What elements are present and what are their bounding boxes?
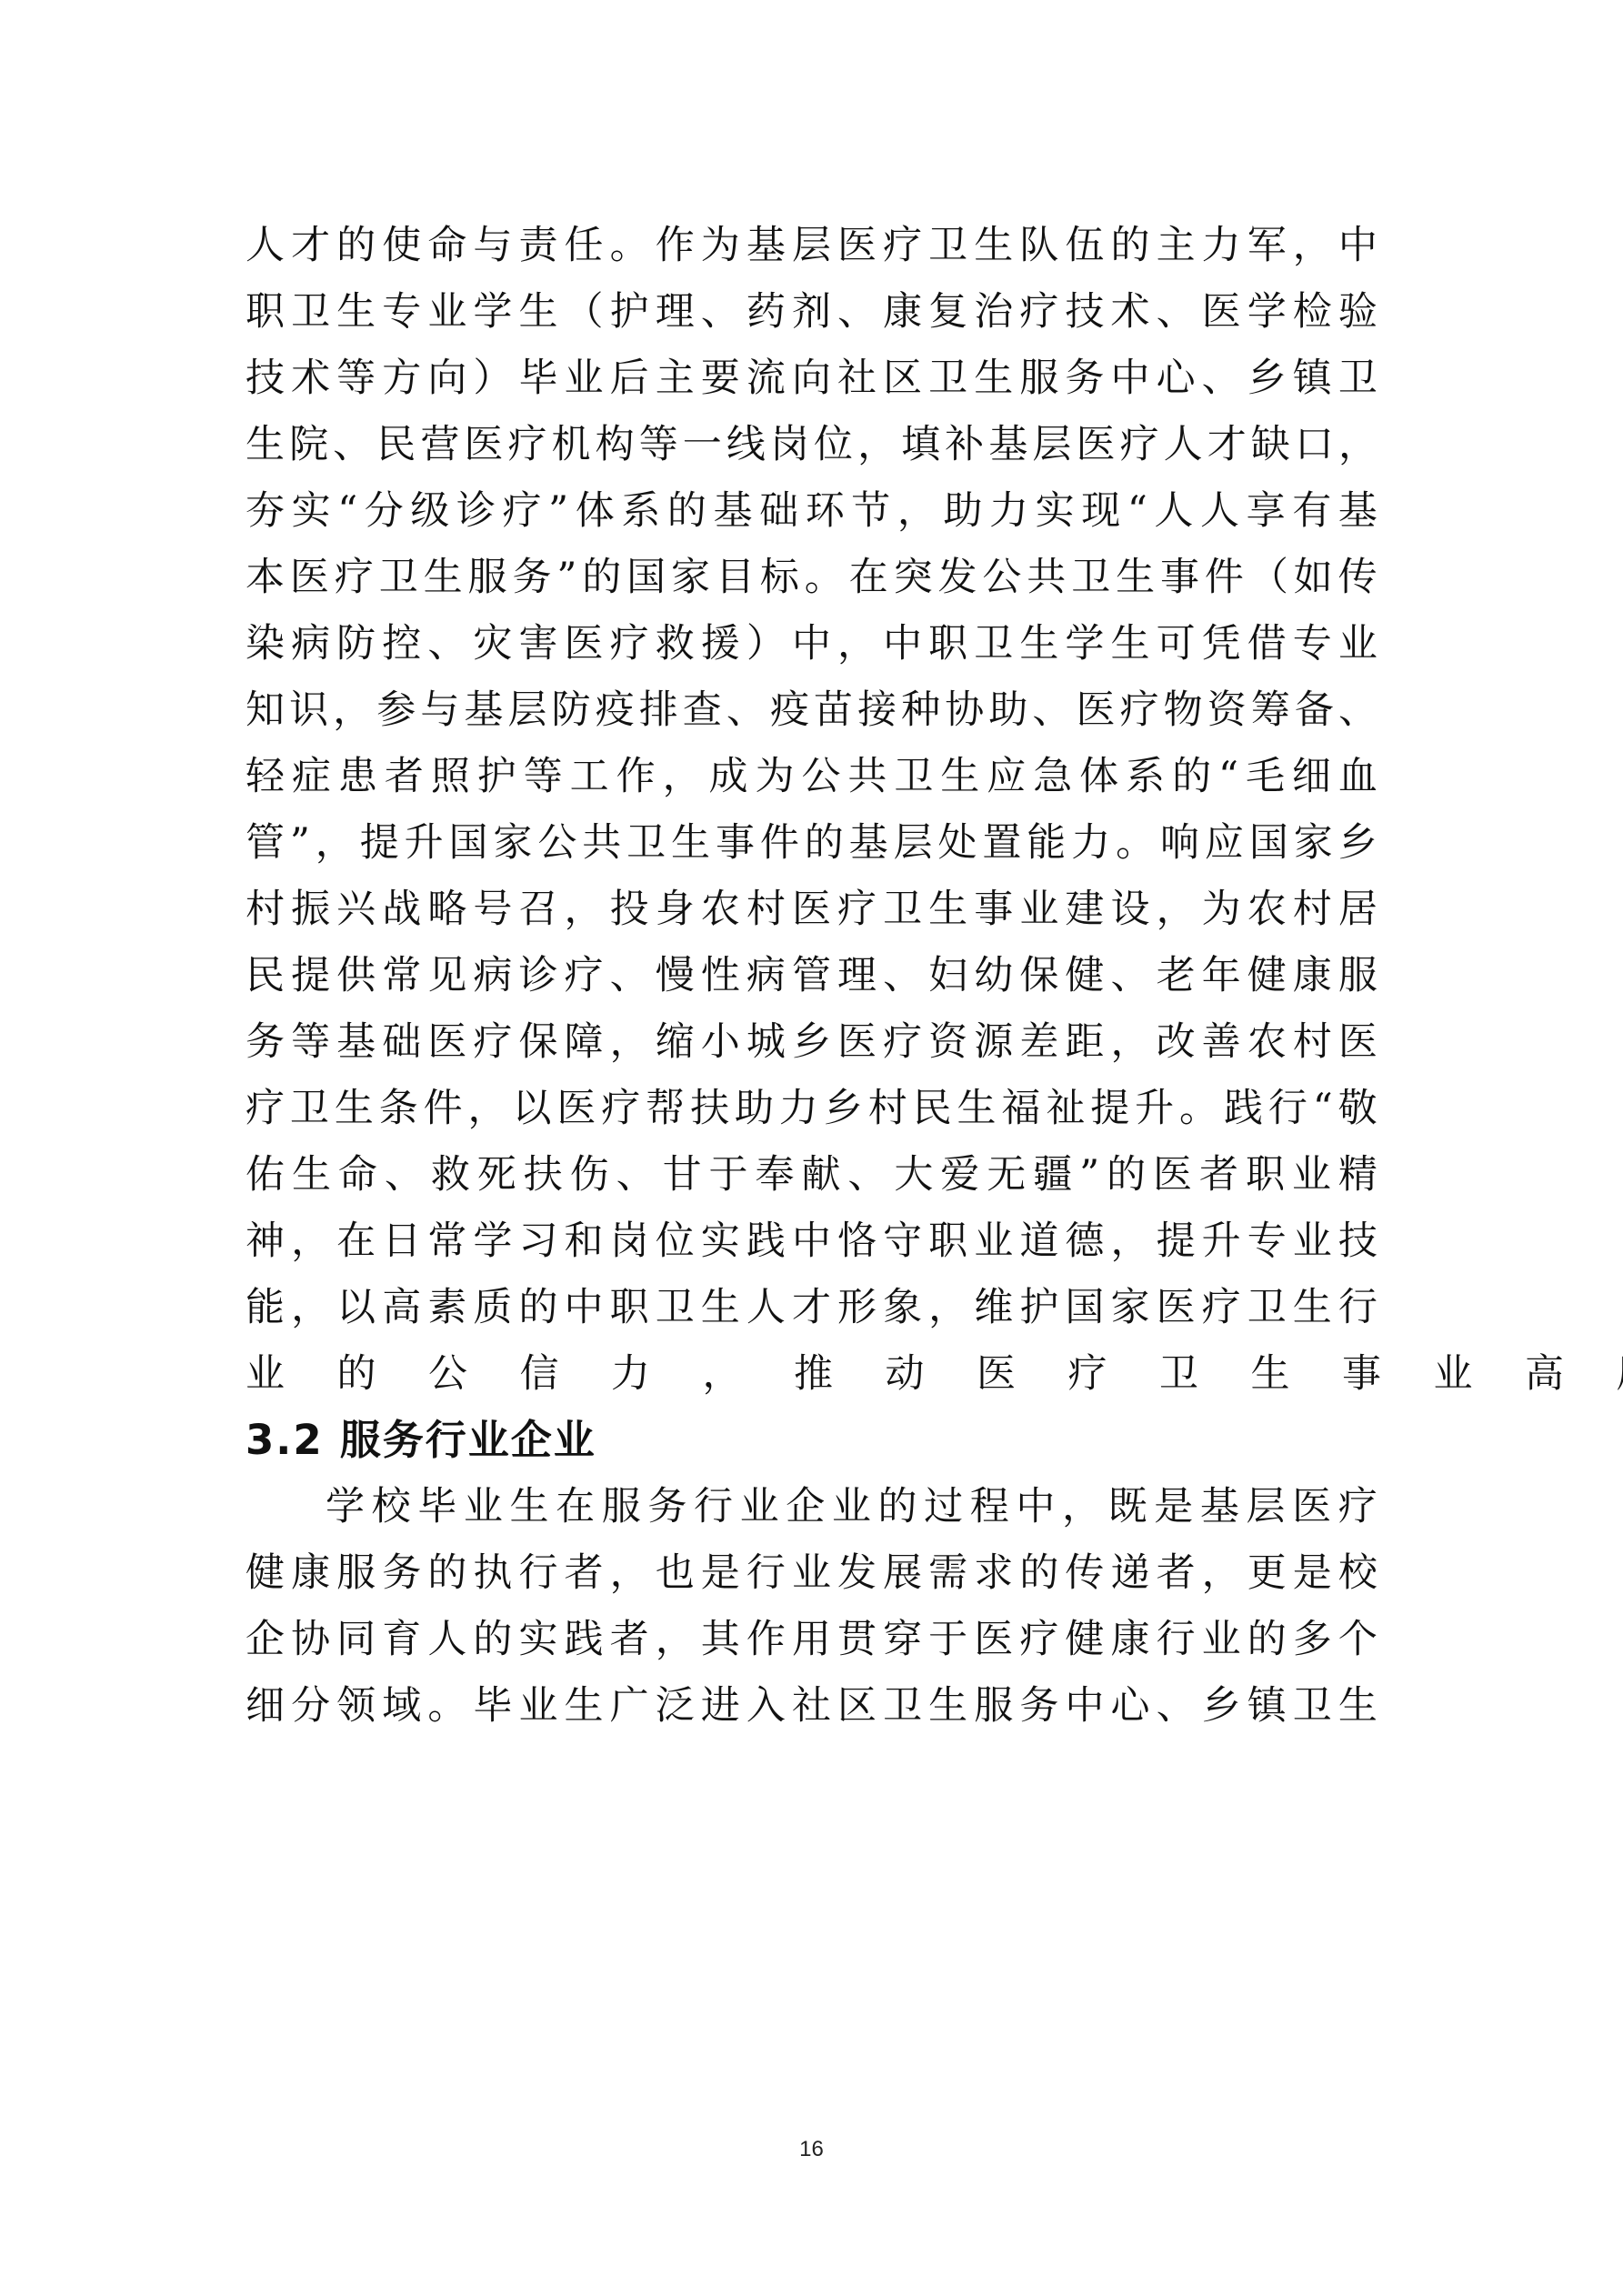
text-line: 务等基础医疗保障，缩小城乡医疗资源差距，改善农村医 [245, 1015, 1378, 1069]
section-heading: 3.2服务行业企业 [245, 1413, 596, 1468]
text-line: 管”，提升国家公共卫生事件的基层处置能力。响应国家乡 [245, 816, 1378, 870]
text-line: 细分领域。毕业生广泛进入社区卫生服务中心、乡镇卫生 [245, 1679, 1378, 1733]
text-line: 民提供常见病诊疗、慢性病管理、妇幼保健、老年健康服 [245, 948, 1378, 1003]
text-line: 村振兴战略号召，投身农村医疗卫生事业建设，为农村居 [245, 882, 1378, 937]
text-line: 轻症患者照护等工作，成为公共卫生应急体系的“毛细血 [245, 749, 1378, 804]
text-line: 佑生命、救死扶伤、甘于奉献、大爱无疆”的医者职业精 [245, 1148, 1378, 1202]
text-line: 知识，参与基层防疫排查、疫苗接种协助、医疗物资筹备、 [245, 683, 1378, 737]
section-number: 3.2 [245, 1416, 324, 1464]
text-line: 人才的使命与责任。作为基层医疗卫生队伍的主力军，中 [245, 218, 1378, 273]
text-line: 职卫生专业学生（护理、药剂、康复治疗技术、医学检验 [245, 285, 1378, 339]
text-line: 神，在日常学习和岗位实践中恪守职业道德，提升专业技 [245, 1214, 1378, 1268]
text-line: 业的公信力，推动医疗卫生事业高质量发展。 [245, 1347, 1378, 1401]
text-line: 生院、民营医疗机构等一线岗位，填补基层医疗人才缺口， [245, 417, 1378, 472]
text-line: 健康服务的执行者，也是行业发展需求的传递者，更是校 [245, 1546, 1378, 1600]
document-page: 人才的使命与责任。作为基层医疗卫生队伍的主力军，中 职卫生专业学生（护理、药剂、… [0, 0, 1623, 2296]
text-line: 本医疗卫生服务”的国家目标。在突发公共卫生事件（如传 [245, 550, 1378, 605]
section-title: 服务行业企业 [340, 1416, 596, 1464]
text-line: 技术等方向）毕业后主要流向社区卫生服务中心、乡镇卫 [245, 351, 1378, 406]
text-line: 企协同育人的实践者，其作用贯穿于医疗健康行业的多个 [245, 1612, 1378, 1667]
text-line: 能，以高素质的中职卫生人才形象，维护国家医疗卫生行 [245, 1280, 1378, 1335]
text-line: 夯实“分级诊疗”体系的基础环节，助力实现“人人享有基 [245, 484, 1378, 538]
text-line: 染病防控、灾害医疗救援）中，中职卫生学生可凭借专业 [245, 617, 1378, 671]
text-line: 疗卫生条件，以医疗帮扶助力乡村民生福祉提升。践行“敬 [245, 1081, 1378, 1136]
page-number: 16 [0, 2137, 1623, 2162]
text-line: 学校毕业生在服务行业企业的过程中，既是基层医疗 [326, 1479, 1378, 1534]
